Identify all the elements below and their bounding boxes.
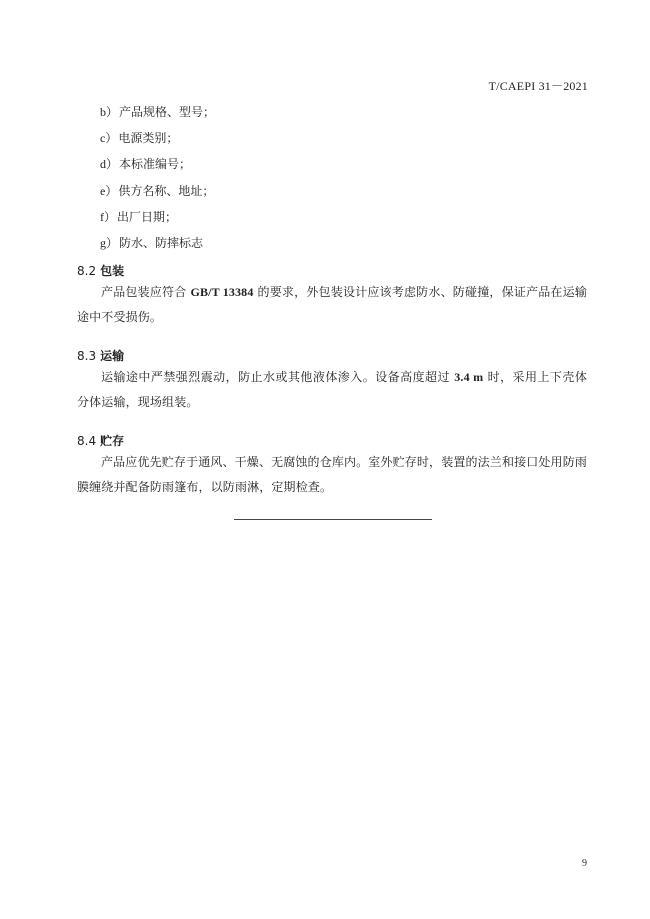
list-item-text: 防水、防摔标志 — [119, 236, 203, 250]
section-transport: 8.3运输 运输途中严禁强烈震动，防止水或其他液体渗入。设备高度超过 3.4 m… — [77, 347, 587, 415]
list-item: f）出厂日期； — [100, 204, 215, 230]
list-marker: c） — [100, 131, 117, 145]
section-number: 8.3 — [77, 349, 96, 363]
section-body: 产品应优先贮存于通风、干燥、无腐蚀的仓库内。室外贮存时，装置的法兰和接口处用防雨… — [77, 450, 587, 500]
section-body: 运输途中严禁强烈震动，防止水或其他液体渗入。设备高度超过 3.4 m 时，采用上… — [77, 365, 587, 415]
section-number: 8.2 — [77, 264, 96, 278]
list-item: c）电源类别； — [100, 125, 215, 151]
list-item-text: 本标准编号； — [119, 157, 191, 171]
list-marker: g） — [100, 236, 118, 250]
section-storage: 8.4贮存 产品应优先贮存于通风、干燥、无腐蚀的仓库内。室外贮存时，装置的法兰和… — [77, 432, 587, 500]
section-heading: 8.2包装 — [77, 262, 587, 280]
section-heading: 8.4贮存 — [77, 432, 587, 450]
body-text: 运输途中严禁强烈震动，防止水或其他液体渗入。设备高度超过 — [101, 370, 454, 384]
list-item: d）本标准编号； — [100, 151, 215, 177]
list-item: g）防水、防摔标志 — [100, 230, 215, 256]
list-item-text: 供方名称、地址； — [118, 184, 214, 198]
section-title: 包装 — [100, 264, 124, 278]
list-item-text: 电源类别； — [118, 131, 178, 145]
marking-list: b）产品规格、型号； c）电源类别； d）本标准编号； e）供方名称、地址； f… — [100, 99, 215, 256]
standard-reference: GB/T 13384 — [190, 285, 253, 299]
list-marker: f） — [100, 210, 116, 224]
section-number: 8.4 — [77, 434, 96, 448]
height-value: 3.4 m — [454, 370, 483, 384]
body-text: 产品应优先贮存于通风、干燥、无腐蚀的仓库内。室外贮存时，装置的法兰和接口处用防雨… — [77, 455, 587, 494]
list-item-text: 产品规格、型号； — [119, 105, 215, 119]
document-page: T/CAEPI 31－2021 b）产品规格、型号； c）电源类别； d）本标准… — [0, 0, 650, 919]
page-number: 9 — [582, 858, 587, 869]
list-item-text: 出厂日期； — [117, 210, 177, 224]
list-marker: b） — [100, 105, 118, 119]
list-item: b）产品规格、型号； — [100, 99, 215, 125]
list-item: e）供方名称、地址； — [100, 178, 215, 204]
section-heading: 8.3运输 — [77, 347, 587, 365]
section-title: 运输 — [100, 349, 124, 363]
list-marker: e） — [100, 184, 117, 198]
body-text: 产品包装应符合 — [101, 285, 190, 299]
list-marker: d） — [100, 157, 118, 171]
standard-code-header: T/CAEPI 31－2021 — [489, 77, 588, 94]
end-of-document-rule — [234, 519, 432, 520]
section-body: 产品包装应符合 GB/T 13384 的要求，外包装设计应该考虑防水、防碰撞，保… — [77, 280, 587, 330]
section-title: 贮存 — [100, 434, 124, 448]
section-packaging: 8.2包装 产品包装应符合 GB/T 13384 的要求，外包装设计应该考虑防水… — [77, 262, 587, 330]
